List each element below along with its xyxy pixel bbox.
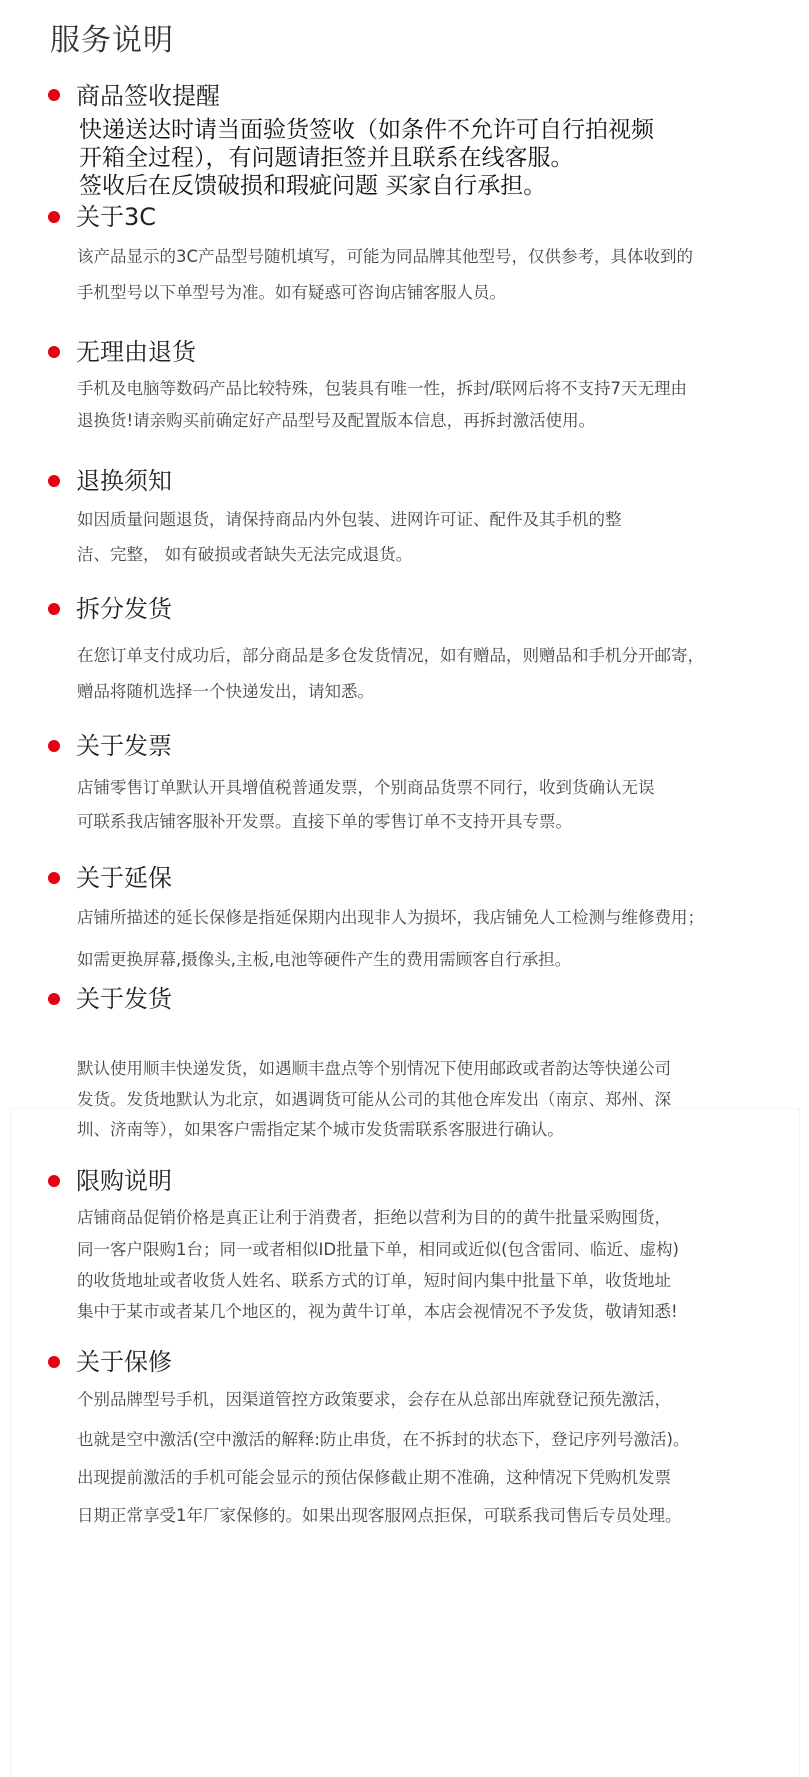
- section-text: 的收货地址或者收货人姓名、联系方式的订单，短时间内集中批量下单，收货地址: [77, 1270, 671, 1292]
- bullet-icon: [48, 603, 60, 615]
- section-text: 出现提前激活的手机可能会显示的预估保修截止期不准确，这种情况下凭购机发票: [77, 1467, 671, 1489]
- section-text: 也就是空中激活(空中激活的解释:防止串货，在不拆封的状态下，登记序列号激活)。: [77, 1429, 689, 1451]
- section-text: 在您订单支付成功后，部分商品是多仓发货情况，如有赠品，则赠品和手机分开邮寄，: [77, 645, 704, 667]
- bullet-icon: [48, 211, 60, 223]
- section-text: 手机型号以下单型号为准。如有疑惑可咨询店铺客服人员。: [77, 282, 506, 304]
- section-heading: 无理由退货: [76, 337, 196, 367]
- section-text: 可联系我店铺客服补开发票。直接下单的零售订单不支持开具专票。: [77, 811, 572, 833]
- section-text: 如需更换屏幕,摄像头,主板,电池等硬件产生的费用需顾客自行承担。: [77, 949, 571, 971]
- bullet-icon: [48, 1175, 60, 1187]
- page-title: 服务说明: [50, 22, 174, 60]
- section-text: 店铺所描述的延长保修是指延保期内出现非人为损坏，我店铺免人工检测与维修费用；: [77, 907, 704, 929]
- section-text: 开箱全过程），有问题请拒签并且联系在线客服。: [79, 144, 574, 172]
- section-text: 该产品显示的3C产品型号随机填写，可能为同品牌其他型号，仅供参考，具体收到的: [77, 246, 693, 268]
- section-heading: 商品签收提醒: [76, 81, 220, 111]
- section-heading: 限购说明: [76, 1166, 172, 1196]
- section-heading: 关于3C: [76, 202, 156, 232]
- section-text: 手机及电脑等数码产品比较特殊，包装具有唯一性，拆封/联网后将不支持7天无理由: [77, 378, 687, 400]
- section-text: 集中于某市或者某几个地区的，视为黄牛订单，本店会视情况不予发货，敬请知悉!: [77, 1301, 678, 1323]
- bullet-icon: [48, 872, 60, 884]
- section-text: 洁、完整， 如有破损或者缺失无法完成退货。: [77, 544, 412, 566]
- section-text: 店铺商品促销价格是真正让利于消费者，拒绝以营利为目的的黄牛批量采购囤货，: [77, 1207, 671, 1229]
- section-heading: 关于保修: [76, 1347, 172, 1377]
- bullet-icon: [48, 475, 60, 487]
- section-text: 签收后在反馈破损和瑕疵问题 买家自行承担。: [79, 172, 546, 200]
- section-text: 如因质量问题退货，请保持商品内外包装、进网许可证、配件及其手机的整: [77, 509, 622, 531]
- bullet-icon: [48, 89, 60, 101]
- section-heading: 退换须知: [76, 466, 172, 496]
- section-heading: 拆分发货: [76, 594, 172, 624]
- section-heading: 关于发票: [76, 731, 172, 761]
- section-text: 个别品牌型号手机，因渠道管控方政策要求，会存在从总部出库就登记预先激活，: [77, 1389, 671, 1411]
- section-text: 退换货!请亲购买前确定好产品型号及配置版本信息，再拆封激活使用。: [77, 410, 595, 432]
- section-text: 日期正常享受1年厂家保修的。如果出现客服网点拒保，可联系我司售后专员处理。: [77, 1505, 682, 1527]
- bullet-icon: [48, 346, 60, 358]
- section-text: 同一客户限购1台；同一或者相似ID批量下单，相同或近似(包含雷同、临近、虚构): [77, 1239, 679, 1261]
- bullet-icon: [48, 993, 60, 1005]
- bullet-icon: [48, 1356, 60, 1368]
- section-text: 圳、济南等），如果客户需指定某个城市发货需联系客服进行确认。: [77, 1119, 564, 1141]
- bullet-icon: [48, 740, 60, 752]
- section-text: 店铺零售订单默认开具增值税普通发票，个别商品货票不同行，收到货确认无误: [77, 777, 655, 799]
- section-text: 发货。发货地默认为北京，如遇调货可能从公司的其他仓库发出（南京、郑州、深: [77, 1089, 671, 1111]
- section-heading: 关于发货: [76, 984, 172, 1014]
- section-text: 默认使用顺丰快递发货，如遇顺丰盘点等个别情况下使用邮政或者韵达等快递公司: [77, 1058, 671, 1080]
- section-text: 快递送达时请当面验货签收（如条件不允许可自行拍视频: [79, 116, 654, 144]
- section-heading: 关于延保: [76, 863, 172, 893]
- section-text: 赠品将随机选择一个快递发出，请知悉。: [77, 681, 374, 703]
